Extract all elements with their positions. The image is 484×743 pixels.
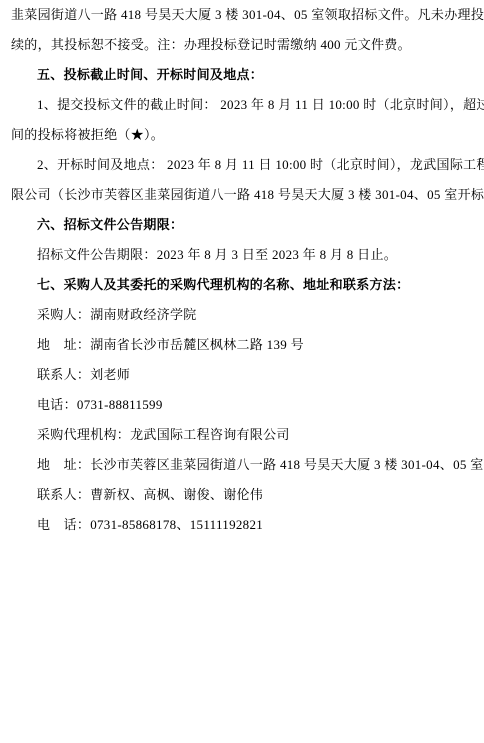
section-heading-5: 五、投标截止时间、开标时间及地点：: [11, 60, 473, 90]
section-heading-7: 七、采购人及其委托的采购代理机构的名称、地址和联系方法：: [11, 270, 473, 300]
purchaser-phone-line: 电话：0731-88811599: [11, 390, 473, 420]
announcement-period-line: 招标文件公告期限：2023 年 8 月 3 日至 2023 年 8 月 8 日止…: [11, 240, 473, 270]
section-heading-6: 六、招标文件公告期限：: [11, 210, 473, 240]
purchaser-name-line: 采购人：湖南财政经济学院: [11, 300, 473, 330]
purchaser-contact-line: 联系人：刘老师: [11, 360, 473, 390]
paragraph-continuation-line: 间的投标将被拒绝（★）。: [11, 120, 473, 150]
agency-phone-line: 电 话：0731-85868178、15111192821: [11, 510, 473, 540]
bid-opening-item-2: 2、开标时间及地点： 2023 年 8 月 11 日 10:00 时（北京时间）…: [11, 150, 473, 180]
paragraph-continuation-line: 续的，其投标恕不接受。注：办理投标登记时需缴纳 400 元文件费。: [11, 30, 473, 60]
agency-name-line: 采购代理机构：龙武国际工程咨询有限公司: [11, 420, 473, 450]
deadline-item-1: 1、提交投标文件的截止时间： 2023 年 8 月 11 日 10:00 时（北…: [11, 90, 473, 120]
paragraph-continuation-line: 限公司（长沙市芙蓉区韭菜园街道八一路 418 号昊天大厦 3 楼 301-04、…: [11, 180, 473, 210]
document-page: 韭菜园街道八一路 418 号昊天大厦 3 楼 301-04、05 室领取招标文件…: [0, 0, 484, 743]
purchaser-address-line: 地 址：湖南省长沙市岳麓区枫林二路 139 号: [11, 330, 473, 360]
document-body: 韭菜园街道八一路 418 号昊天大厦 3 楼 301-04、05 室领取招标文件…: [11, 0, 473, 540]
paragraph-continuation-line: 韭菜园街道八一路 418 号昊天大厦 3 楼 301-04、05 室领取招标文件…: [11, 0, 473, 30]
agency-contact-line: 联系人：曹新权、高枫、谢俊、谢伦伟: [11, 480, 473, 510]
agency-address-line: 地 址：长沙市芙蓉区韭菜园街道八一路 418 号昊天大厦 3 楼 301-04、…: [11, 450, 473, 480]
